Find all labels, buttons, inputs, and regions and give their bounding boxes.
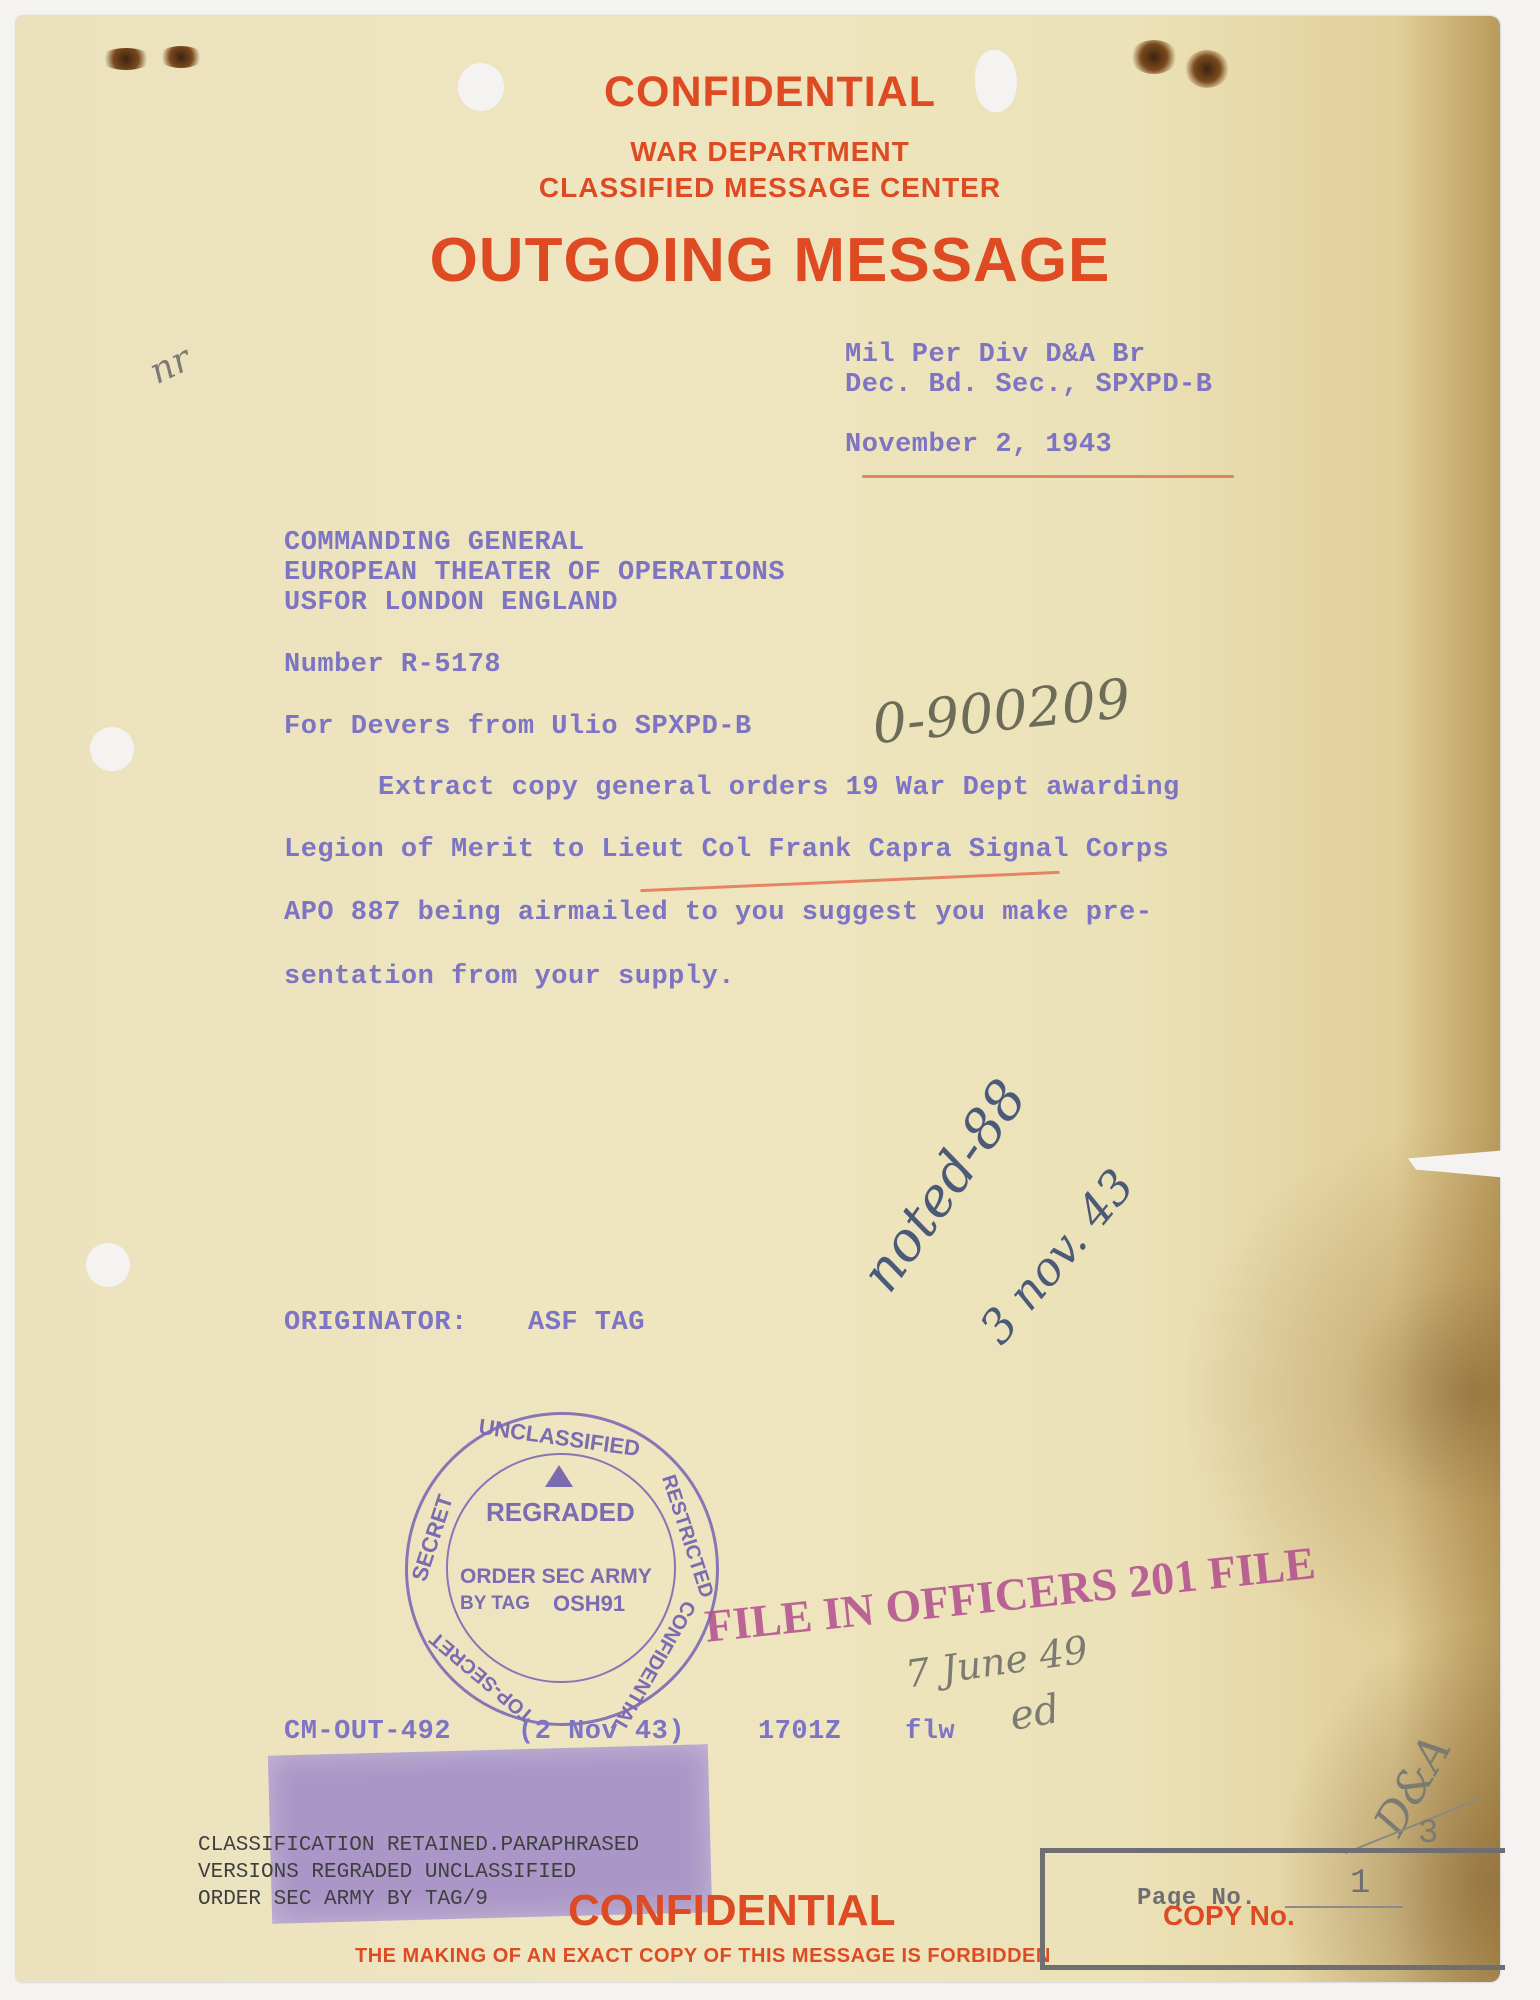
body-line: APO 887 being airmailed to you suggest y… xyxy=(284,898,1153,928)
body-line: Extract copy general orders 19 War Dept … xyxy=(378,773,1180,803)
sender-line-2: Dec. Bd. Sec., SPXPD-B xyxy=(845,370,1212,400)
classification-footer: CONFIDENTIAL xyxy=(568,1886,896,1936)
operator-initials: flw xyxy=(905,1717,955,1747)
cm-out-date: (2 Nov 43) xyxy=(518,1717,685,1747)
handwritten-file-initials: ed xyxy=(1006,1686,1063,1740)
regrading-notice-line: CLASSIFICATION RETAINED.PARAPHRASED xyxy=(198,1832,639,1859)
cm-out-number: CM-OUT-492 xyxy=(284,1717,451,1747)
sender-line-1: Mil Per Div D&A Br xyxy=(845,340,1146,370)
addressee-line-1: COMMANDING GENERAL xyxy=(284,528,585,558)
message-time: 1701Z xyxy=(758,1717,842,1747)
message-number: Number R-5178 xyxy=(284,650,501,680)
addressee-line-3: USFOR LONDON ENGLAND xyxy=(284,588,618,618)
originator-value: ASF TAG xyxy=(528,1308,645,1338)
copy-number-label: COPY No. xyxy=(1163,1900,1295,1932)
department-title: WAR DEPARTMENT xyxy=(0,136,1540,168)
regrading-notice-line: ORDER SEC ARMY BY TAG/9 xyxy=(198,1886,488,1913)
page-number-line xyxy=(1285,1906,1403,1908)
stamp-center-line-1: ORDER SEC ARMY xyxy=(460,1565,652,1589)
originator-label: ORIGINATOR: xyxy=(284,1308,468,1338)
punch-hole-left-lower xyxy=(86,1243,130,1287)
for-line: For Devers from Ulio SPXPD-B xyxy=(284,712,752,742)
regrading-notice-line: VERSIONS REGRADED UNCLASSIFIED xyxy=(198,1859,576,1886)
document-paper xyxy=(16,16,1500,1982)
regraded-stamp: UNCLASSIFIED SECRET RESTRICTED TOP-SECRE… xyxy=(405,1412,719,1726)
message-date: November 2, 1943 xyxy=(845,430,1112,460)
addressee-line-2: EUROPEAN THEATER OF OPERATIONS xyxy=(284,558,785,588)
body-line: Legion of Merit to Lieut Col Frank Capra… xyxy=(284,835,1169,865)
date-underline xyxy=(862,475,1234,478)
page-number: 1 xyxy=(1350,1865,1371,1903)
message-type-title: OUTGOING MESSAGE xyxy=(0,225,1540,296)
message-center-title: CLASSIFIED MESSAGE CENTER xyxy=(0,172,1540,204)
burn-mark xyxy=(158,46,204,68)
stamp-center-code: OSH91 xyxy=(553,1591,625,1617)
copy-warning: THE MAKING OF AN EXACT COPY OF THIS MESS… xyxy=(355,1945,1051,1968)
punch-hole-left-upper xyxy=(90,727,134,771)
triangle-icon xyxy=(545,1465,573,1487)
stamp-center-line-2: BY TAG xyxy=(460,1593,530,1615)
body-line: sentation from your supply. xyxy=(284,962,735,992)
classification-header: CONFIDENTIAL xyxy=(0,68,1540,117)
burn-mark xyxy=(100,48,152,70)
stamp-center-title: REGRADED xyxy=(486,1497,635,1528)
